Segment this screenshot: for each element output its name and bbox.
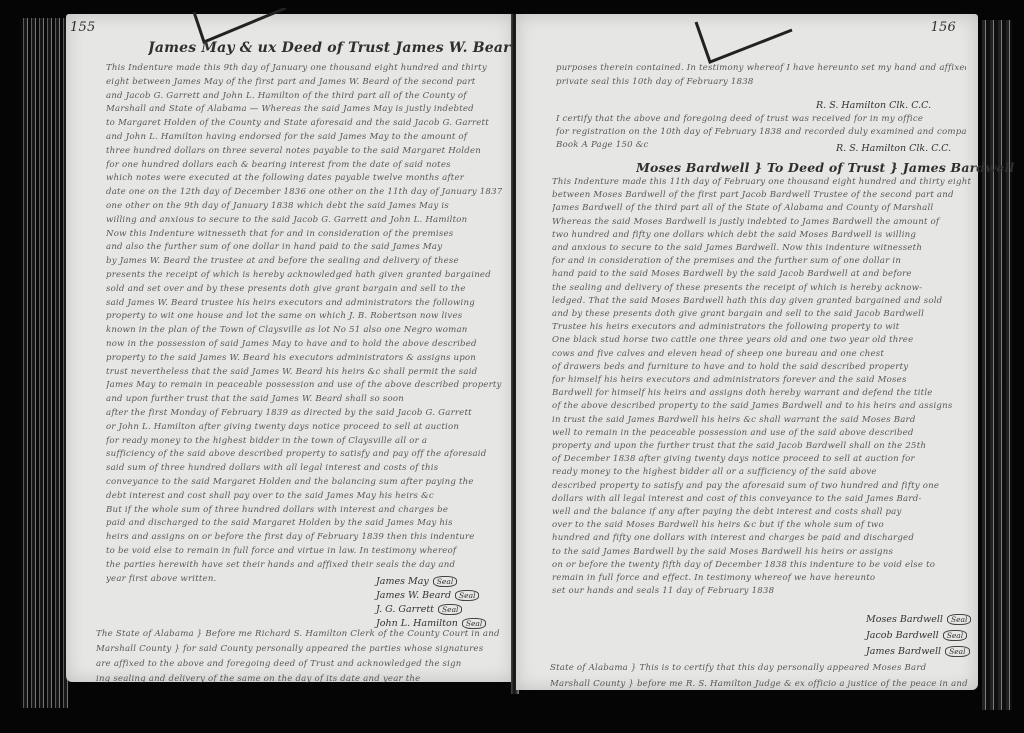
handwritten-line: and upon further trust that the said Jam… [106, 393, 506, 406]
handwritten-line: and by these presents doth give grant ba… [552, 308, 972, 321]
seal-mark-icon: Seal [433, 576, 457, 587]
handwritten-line: Whereas the said Moses Bardwell is justl… [552, 216, 972, 229]
clerk-signature-2: R. S. Hamilton Clk. C.C. [836, 143, 951, 154]
right-page-edges [982, 20, 1012, 710]
handwritten-line: set our hands and seals 11 day of Februa… [552, 585, 972, 598]
handwritten-line: purposes therein contained. In testimony… [556, 62, 966, 75]
handwritten-line: three hundred dollars on three several n… [106, 145, 506, 158]
signature: James W. BeardSeal [376, 590, 479, 601]
handwritten-line: The State of Alabama } Before me Richard… [96, 628, 506, 641]
handwritten-line: to the said James Bardwell by the said M… [552, 546, 972, 559]
signer-name: J. G. Garrett [376, 604, 434, 615]
handwritten-line: or John L. Hamilton after giving twenty … [106, 421, 506, 434]
page-number-left: 155 [70, 20, 95, 35]
handwritten-line: between Moses Bardwell of the first part… [552, 189, 972, 202]
handwritten-line: of December 1838 after giving twenty day… [552, 453, 972, 466]
handwritten-line: Now this Indenture witnesseth that for a… [106, 228, 506, 241]
handwritten-line: property and upon the further trust that… [552, 440, 972, 453]
handwritten-line: sold and set over and by these presents … [106, 283, 506, 296]
handwritten-line: said James W. Beard trustee his heirs ex… [106, 297, 506, 310]
handwritten-line: trust nevertheless that the said James W… [106, 366, 506, 379]
handwritten-line: Marshall County } before me R. S. Hamilt… [550, 678, 970, 691]
deed-heading-right: Moses Bardwell } To Deed of Trust } Jame… [636, 160, 1014, 175]
seal-mark-icon: Seal [943, 630, 967, 641]
left-page-edges [20, 18, 68, 708]
handwritten-line: to Margaret Holden of the County and Sta… [106, 117, 506, 130]
handwritten-line: private seal this 10th day of February 1… [556, 76, 966, 89]
signature: Moses BardwellSeal [866, 614, 971, 625]
handwritten-line: debt interest and cost shall pay over to… [106, 490, 506, 503]
handwritten-line: State of Alabama } This is to certify th… [550, 662, 970, 675]
handwritten-line: and Jacob G. Garrett and John L. Hamilto… [106, 90, 506, 103]
handwritten-line: the parties herewith have set their hand… [106, 559, 506, 572]
handwritten-line: Marshall County } for said County person… [96, 643, 506, 656]
handwritten-line: and also the further sum of one dollar i… [106, 241, 506, 254]
handwritten-line: now in the possession of said James May … [106, 338, 506, 351]
handwritten-line: property to the said James W. Beard his … [106, 352, 506, 365]
handwritten-line: one other on the 9th day of January 1838… [106, 200, 506, 213]
handwritten-line: One black stud horse two cattle one thre… [552, 334, 972, 347]
deed-heading-left: James May & ux Deed of Trust James W. Be… [148, 40, 547, 56]
handwritten-line: cows and five calves and eleven head of … [552, 348, 972, 361]
handwritten-line: James May to remain in peaceable possess… [106, 379, 506, 392]
signer-name: Moses Bardwell [866, 614, 943, 625]
signature: Jacob BardwellSeal [866, 630, 967, 641]
handwritten-line: in trust the said James Bardwell his hei… [552, 414, 972, 427]
handwritten-line: ready money to the highest bidder all or… [552, 466, 972, 479]
checkmark-icon [688, 20, 798, 68]
handwritten-line: for himself his heirs executors and admi… [552, 374, 972, 387]
handwritten-line: date one on the 12th day of December 183… [106, 186, 506, 199]
handwritten-line: sufficiency of the said above described … [106, 448, 506, 461]
left-page: 155 James May & ux Deed of Trust James W… [66, 14, 514, 682]
handwritten-line: on or before the twenty fifth day of Dec… [552, 559, 972, 572]
signature: James BardwellSeal [866, 646, 970, 657]
handwritten-line: This Indenture made this 11th day of Feb… [552, 176, 972, 189]
signer-name: Jacob Bardwell [866, 630, 939, 641]
handwritten-line: to be void else to remain in full force … [106, 545, 506, 558]
handwritten-line: by James W. Beard the trustee at and bef… [106, 255, 506, 268]
handwritten-line: But if the whole sum of three hundred do… [106, 504, 506, 517]
handwritten-line: for one hundred dollars each & bearing i… [106, 159, 506, 172]
handwritten-line: for and in consideration of the premises… [552, 255, 972, 268]
handwritten-line: eight between James May of the first par… [106, 76, 506, 89]
handwritten-line: of the above described property to the s… [552, 400, 972, 413]
handwritten-line: Bardwell for himself his heirs and assig… [552, 387, 972, 400]
handwritten-line: which notes were executed at the followi… [106, 172, 506, 185]
signature: James MaySeal [376, 576, 457, 587]
handwritten-line: over to the said Moses Bardwell his heir… [552, 519, 972, 532]
handwritten-line: of drawers beds and furniture to have an… [552, 361, 972, 374]
handwritten-line: for ready money to the highest bidder in… [106, 435, 506, 448]
handwritten-line: well to remain in the peaceable possessi… [552, 427, 972, 440]
open-ledger-book: 155 James May & ux Deed of Trust James W… [0, 0, 1024, 733]
page-number-right: 156 [931, 20, 956, 35]
handwritten-line: conveyance to the said Margaret Holden a… [106, 476, 506, 489]
right-page: 156 purposes therein contained. In testi… [516, 14, 978, 690]
clerk-signature-1: R. S. Hamilton Clk. C.C. [816, 100, 931, 111]
handwritten-line: for registration on the 10th day of Febr… [556, 126, 966, 139]
signer-name: James Bardwell [866, 646, 941, 657]
handwritten-line: and John L. Hamilton having endorsed for… [106, 131, 506, 144]
handwritten-line: hundred and fifty one dollars with inter… [552, 532, 972, 545]
handwritten-line: well and the balance if any after paying… [552, 506, 972, 519]
handwritten-line: two hundred and fifty one dollars which … [552, 229, 972, 242]
handwritten-line: heirs and assigns on or before the first… [106, 531, 506, 544]
handwritten-line: ing sealing and delivery of the same on … [96, 673, 506, 686]
handwritten-line: are affixed to the above and foregoing d… [96, 658, 506, 671]
handwritten-line: and anxious to secure to the said James … [552, 242, 972, 255]
handwritten-line: the sealing and delivery of these presen… [552, 282, 972, 295]
handwritten-line: presents the receipt of which is hereby … [106, 269, 506, 282]
handwritten-line: hand paid to the said Moses Bardwell by … [552, 268, 972, 281]
seal-mark-icon: Seal [455, 590, 479, 601]
handwritten-line: property to wit one house and lot the sa… [106, 310, 506, 323]
handwritten-line: known in the plan of the Town of Claysvi… [106, 324, 506, 337]
seal-mark-icon: Seal [945, 646, 969, 657]
handwritten-line: ledged. That the said Moses Bardwell hat… [552, 295, 972, 308]
handwritten-line: willing and anxious to secure to the sai… [106, 214, 506, 227]
handwritten-line: This Indenture made this 9th day of Janu… [106, 62, 506, 75]
handwritten-line: said sum of three hundred dollars with a… [106, 462, 506, 475]
seal-mark-icon: Seal [438, 604, 462, 615]
signer-name: James W. Beard [376, 590, 451, 601]
handwritten-line: remain in full force and effect. In test… [552, 572, 972, 585]
handwritten-line: Trustee his heirs executors and administ… [552, 321, 972, 334]
handwritten-line: James Bardwell of the third part all of … [552, 202, 972, 215]
handwritten-line: paid and discharged to the said Margaret… [106, 517, 506, 530]
signature: J. G. GarrettSeal [376, 604, 462, 615]
handwritten-line: after the first Monday of February 1839 … [106, 407, 506, 420]
seal-mark-icon: Seal [947, 614, 971, 625]
handwritten-line: dollars with all legal interest and cost… [552, 493, 972, 506]
handwritten-line: described property to satisfy and pay th… [552, 480, 972, 493]
signer-name: James May [376, 576, 429, 587]
handwritten-line: I certify that the above and foregoing d… [556, 113, 966, 126]
handwritten-line: Marshall and State of Alabama — Whereas … [106, 103, 506, 116]
